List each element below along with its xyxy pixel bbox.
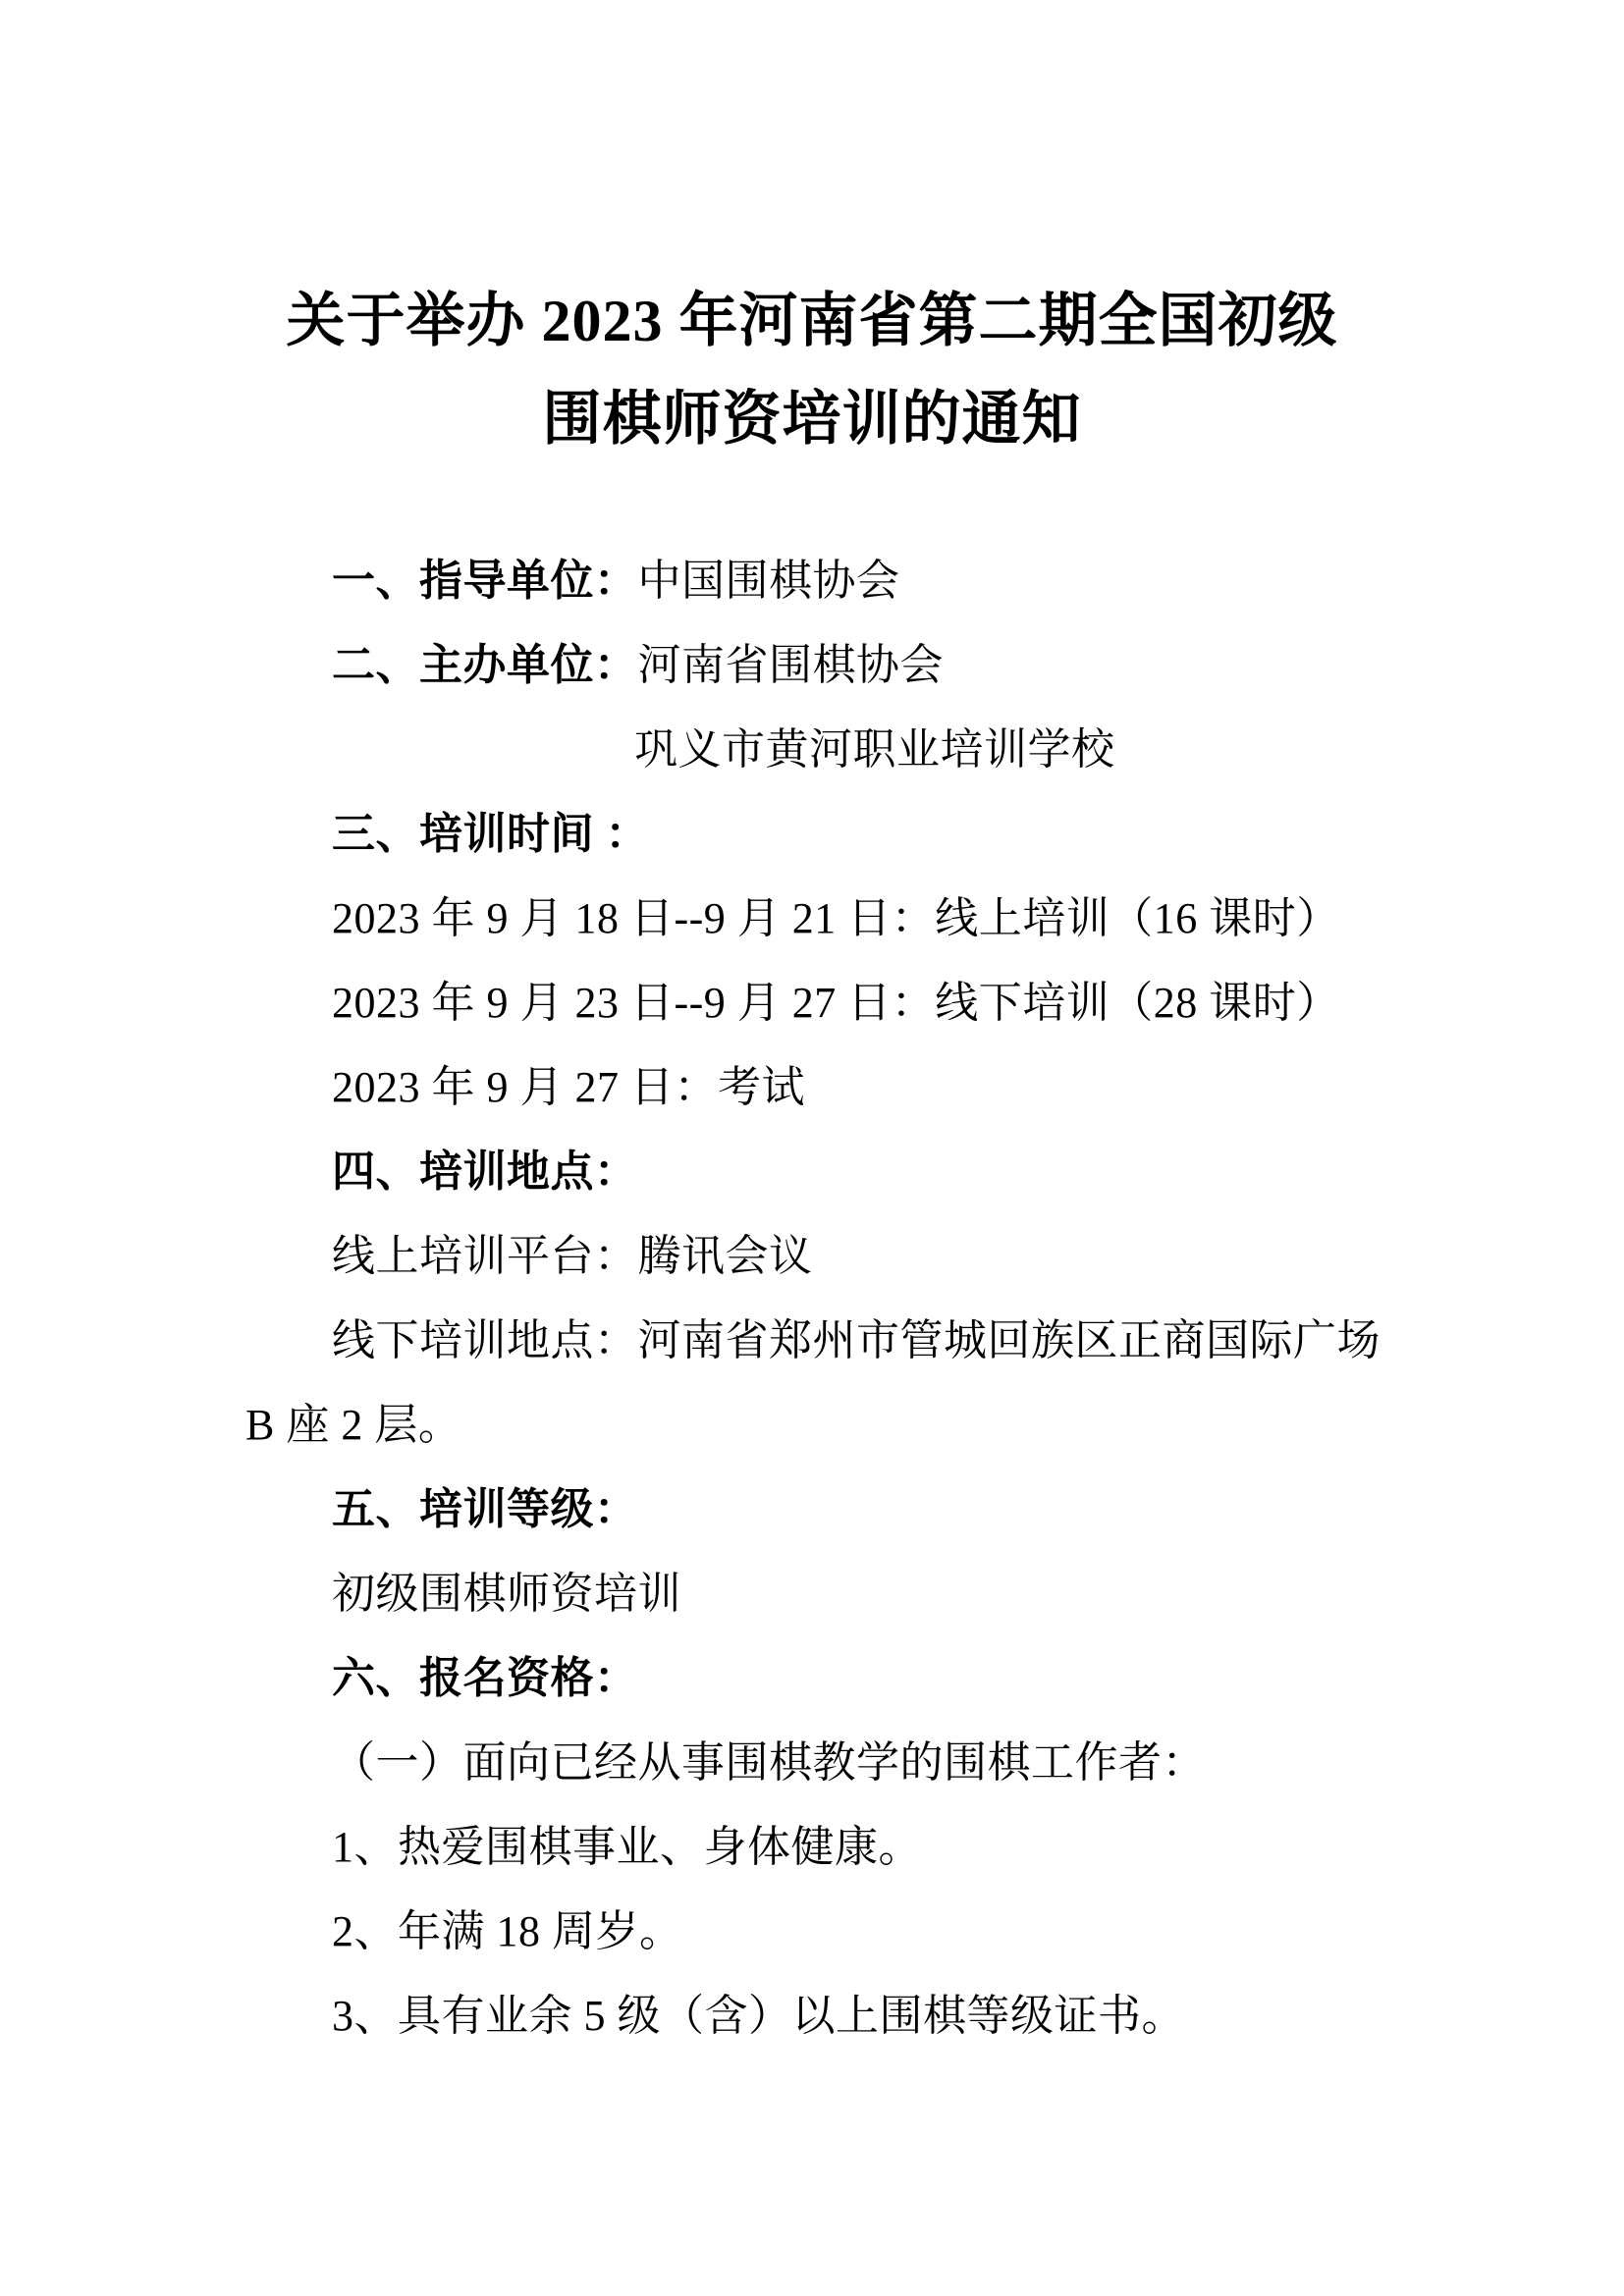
title-body-spacer bbox=[245, 468, 1379, 539]
section-1-guiding-unit: 一、指导单位：中国围棋协会 bbox=[245, 539, 1379, 623]
section-2-value: 河南省围棋协会 bbox=[638, 641, 945, 689]
time-line-offline-text: 2023 年 9 月 23 日--9 月 27 日：线下培训（28 课时） bbox=[332, 979, 1340, 1027]
time-line-online-text: 2023 年 9 月 18 日--9 月 21 日：线上培训（16 课时） bbox=[332, 894, 1340, 942]
time-line-online: 2023 年 9 月 18 日--9 月 21 日：线上培训（16 课时） bbox=[245, 877, 1379, 961]
location-offline-address-continuation-text: B 座 2 层。 bbox=[245, 1401, 461, 1449]
qualification-item-2: 2、年满 18 周岁。 bbox=[245, 1890, 1379, 1974]
qualification-item-3: 3、具有业余 5 级（含）以上围棋等级证书。 bbox=[245, 1974, 1379, 2058]
qualification-item-1-text: 1、热爱围棋事业、身体健康。 bbox=[332, 1823, 922, 1871]
section-6-registration-qualification: 六、报名资格： bbox=[245, 1636, 1379, 1721]
organizer-line-2-text: 巩义市黄河职业培训学校 bbox=[634, 725, 1115, 774]
training-level-value: 初级围棋师资培训 bbox=[245, 1552, 1379, 1636]
section-1-value: 中国围棋协会 bbox=[638, 557, 900, 605]
document-page: 关于举办 2023 年河南省第二期全国初级 围棋师资培训的通知 一、指导单位：中… bbox=[0, 0, 1624, 2296]
section-3-label: 三、培训时间 ： bbox=[332, 810, 649, 858]
section-2-organizer: 二、主办单位：河南省围棋协会 bbox=[245, 623, 1379, 708]
location-offline-address: 线下培训地点：河南省郑州市管城回族区正商国际广场 bbox=[245, 1299, 1379, 1383]
qualification-intro-text: （一）面向已经从事围棋教学的围棋工作者： bbox=[332, 1738, 1206, 1787]
location-offline-address-text: 线下培训地点：河南省郑州市管城回族区正商国际广场 bbox=[332, 1316, 1380, 1364]
training-level-value-text: 初级围棋师资培训 bbox=[332, 1570, 681, 1618]
time-line-offline: 2023 年 9 月 23 日--9 月 27 日：线下培训（28 课时） bbox=[245, 961, 1379, 1045]
title-line-2: 围棋师资培训的通知 bbox=[245, 370, 1379, 468]
time-line-exam-text: 2023 年 9 月 27 日：考试 bbox=[332, 1063, 805, 1111]
location-online-platform-text: 线上培训平台：腾讯会议 bbox=[332, 1232, 813, 1280]
qualification-item-1: 1、热爱围棋事业、身体健康。 bbox=[245, 1805, 1379, 1890]
location-online-platform: 线上培训平台：腾讯会议 bbox=[245, 1214, 1379, 1299]
document-content: 关于举办 2023 年河南省第二期全国初级 围棋师资培训的通知 一、指导单位：中… bbox=[245, 272, 1379, 2058]
qualification-intro: （一）面向已经从事围棋教学的围棋工作者： bbox=[245, 1721, 1379, 1805]
title-line-1: 关于举办 2023 年河南省第二期全国初级 bbox=[245, 272, 1379, 370]
location-offline-address-continuation: B 座 2 层。 bbox=[245, 1383, 1379, 1468]
section-5-label: 五、培训等级： bbox=[332, 1485, 638, 1533]
section-5-training-level: 五、培训等级： bbox=[245, 1468, 1379, 1552]
section-1-label: 一、指导单位： bbox=[332, 557, 638, 605]
document-title: 关于举办 2023 年河南省第二期全国初级 围棋师资培训的通知 bbox=[245, 272, 1379, 468]
section-4-training-location: 四、培训地点： bbox=[245, 1130, 1379, 1214]
section-4-label: 四、培训地点： bbox=[332, 1148, 638, 1196]
section-3-training-time: 三、培训时间 ： bbox=[245, 792, 1379, 877]
qualification-item-2-text: 2、年满 18 周岁。 bbox=[332, 1907, 683, 1955]
section-2-label: 二、主办单位： bbox=[332, 641, 638, 689]
section-6-label: 六、报名资格： bbox=[332, 1654, 638, 1702]
organizer-line-2: 巩义市黄河职业培训学校 bbox=[245, 708, 1379, 792]
qualification-item-3-text: 3、具有业余 5 级（含）以上围棋等级证书。 bbox=[332, 1992, 1185, 2040]
time-line-exam: 2023 年 9 月 27 日：考试 bbox=[245, 1045, 1379, 1130]
